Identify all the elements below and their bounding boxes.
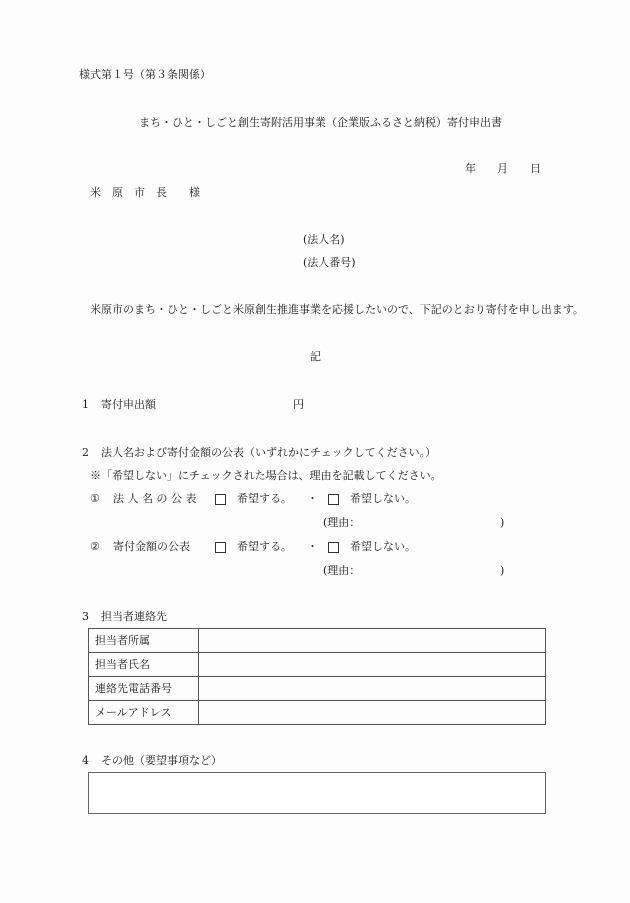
section1-number: 1 <box>82 398 89 412</box>
contact-phone-field[interactable] <box>199 677 546 701</box>
ki-heading: 記 <box>310 350 321 364</box>
date-day-label: 日 <box>530 162 541 176</box>
donation-amount-unit: 円 <box>293 398 304 412</box>
section4-number: 4 <box>82 754 89 768</box>
item1-label: 法 人 名 の 公 表 <box>113 492 196 506</box>
contact-table: 担当者所属 担当者氏名 連絡先電話番号 メールアドレス <box>88 628 546 725</box>
item2-reason-close: ) <box>500 564 504 578</box>
item1-separator: ・ <box>307 492 318 506</box>
contact-phone-label: 連絡先電話番号 <box>89 677 199 701</box>
item2-yes-checkbox[interactable] <box>215 542 226 553</box>
item2-no-checkbox[interactable] <box>328 542 339 553</box>
section2-number: 2 <box>82 446 89 460</box>
item2-marker: ② <box>90 540 100 554</box>
contact-email-field[interactable] <box>199 701 546 725</box>
section3-label: 担当者連絡先 <box>101 610 167 624</box>
item1-yes-checkbox[interactable] <box>215 494 226 505</box>
item1-marker: ① <box>90 492 100 506</box>
table-row: 担当者氏名 <box>89 653 546 677</box>
item2-reason-open: (理由： <box>323 564 360 578</box>
date-month-label: 月 <box>497 162 508 176</box>
section1-label: 寄付申出額 <box>101 398 156 412</box>
document-title: まち・ひと・しごと創生寄附活用事業（企業版ふるさと納税）寄付申出書 <box>139 116 502 130</box>
item2-separator: ・ <box>307 540 318 554</box>
item1-yes-label: 希望する。 <box>237 492 292 506</box>
table-row: 連絡先電話番号 <box>89 677 546 701</box>
item2-reason-input[interactable] <box>363 562 493 578</box>
addressee: 米 原 市 長 様 <box>90 186 200 200</box>
contact-email-label: メールアドレス <box>89 701 199 725</box>
date-year-label: 年 <box>465 162 476 176</box>
contact-name-label: 担当者氏名 <box>89 653 199 677</box>
contact-dept-label: 担当者所属 <box>89 629 199 653</box>
form-number: 様式第１号（第３条関係） <box>79 68 211 82</box>
section3-number: 3 <box>82 610 89 624</box>
item2-yes-label: 希望する。 <box>237 540 292 554</box>
other-requests-field[interactable] <box>88 772 546 814</box>
section4-label: その他（要望事項など） <box>101 754 222 768</box>
corp-name-label: (法人名) <box>303 233 345 247</box>
intro-text: 米原市のまち・ひと・しごと米原創生推進事業を応援したいので、下記のとおり寄付を申… <box>90 303 584 317</box>
item2-no-label: 希望しない。 <box>350 540 416 554</box>
table-row: メールアドレス <box>89 701 546 725</box>
section2-note: ※「希望しない」にチェックされた場合は、理由を記載してください。 <box>90 469 442 483</box>
item1-no-checkbox[interactable] <box>328 494 339 505</box>
corp-number-label: (法人番号) <box>303 256 356 270</box>
item2-label: 寄付金額の公表 <box>113 540 190 554</box>
item1-no-label: 希望しない。 <box>350 492 416 506</box>
contact-name-field[interactable] <box>199 653 546 677</box>
item1-reason-close: ) <box>500 516 504 530</box>
item1-reason-open: (理由： <box>323 516 360 530</box>
section2-label: 法人名および寄付金額の公表（いずれかにチェックしてください。） <box>101 446 436 460</box>
table-row: 担当者所属 <box>89 629 546 653</box>
contact-dept-field[interactable] <box>199 629 546 653</box>
item1-reason-input[interactable] <box>363 514 493 530</box>
